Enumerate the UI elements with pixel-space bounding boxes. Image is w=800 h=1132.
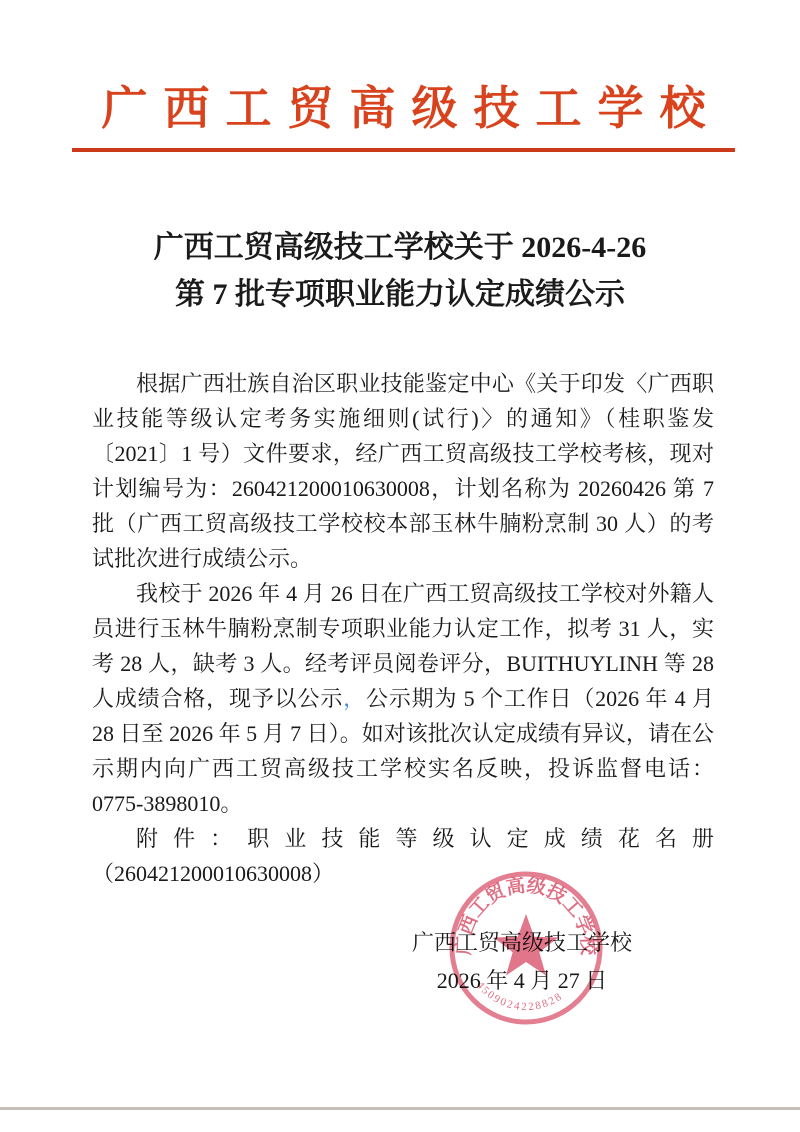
document-title-line2: 第 7 批专项职业能力认定成绩公示 [0, 271, 800, 318]
official-seal: 广西工贸高级技工学校 4509024228828 [446, 868, 606, 1028]
document-title-line1: 广西工贸高级技工学校关于 2026-4-26 [0, 224, 800, 271]
document-body: 根据广西壮族自治区职业技能鉴定中心《关于印发〈广西职业技能等级认定考务实施细则(… [92, 366, 714, 891]
paragraph-basis: 根据广西壮族自治区职业技能鉴定中心《关于印发〈广西职业技能等级认定考务实施细则(… [92, 366, 714, 576]
blue-comma: ， [343, 686, 366, 711]
document-title: 广西工贸高级技工学校关于 2026-4-26 第 7 批专项职业能力认定成绩公示 [0, 224, 800, 318]
paragraph-results: 我校于 2026 年 4 月 26 日在广西工贸高级技工学校对外籍人员进行玉林牛… [92, 576, 714, 821]
document-page: 广西工贸高级技工学校 广西工贸高级技工学校关于 2026-4-26 第 7 批专… [0, 0, 800, 1132]
attachment-line: 附件：职业技能等级认定成绩花名册（260421200010630008） [92, 821, 714, 891]
scan-edge-line [0, 1107, 800, 1110]
seal-star-icon [494, 914, 559, 976]
letterhead-school-name: 广西工贸高级技工学校 [72, 84, 751, 135]
letterhead: 广西工贸高级技工学校 [72, 84, 735, 152]
